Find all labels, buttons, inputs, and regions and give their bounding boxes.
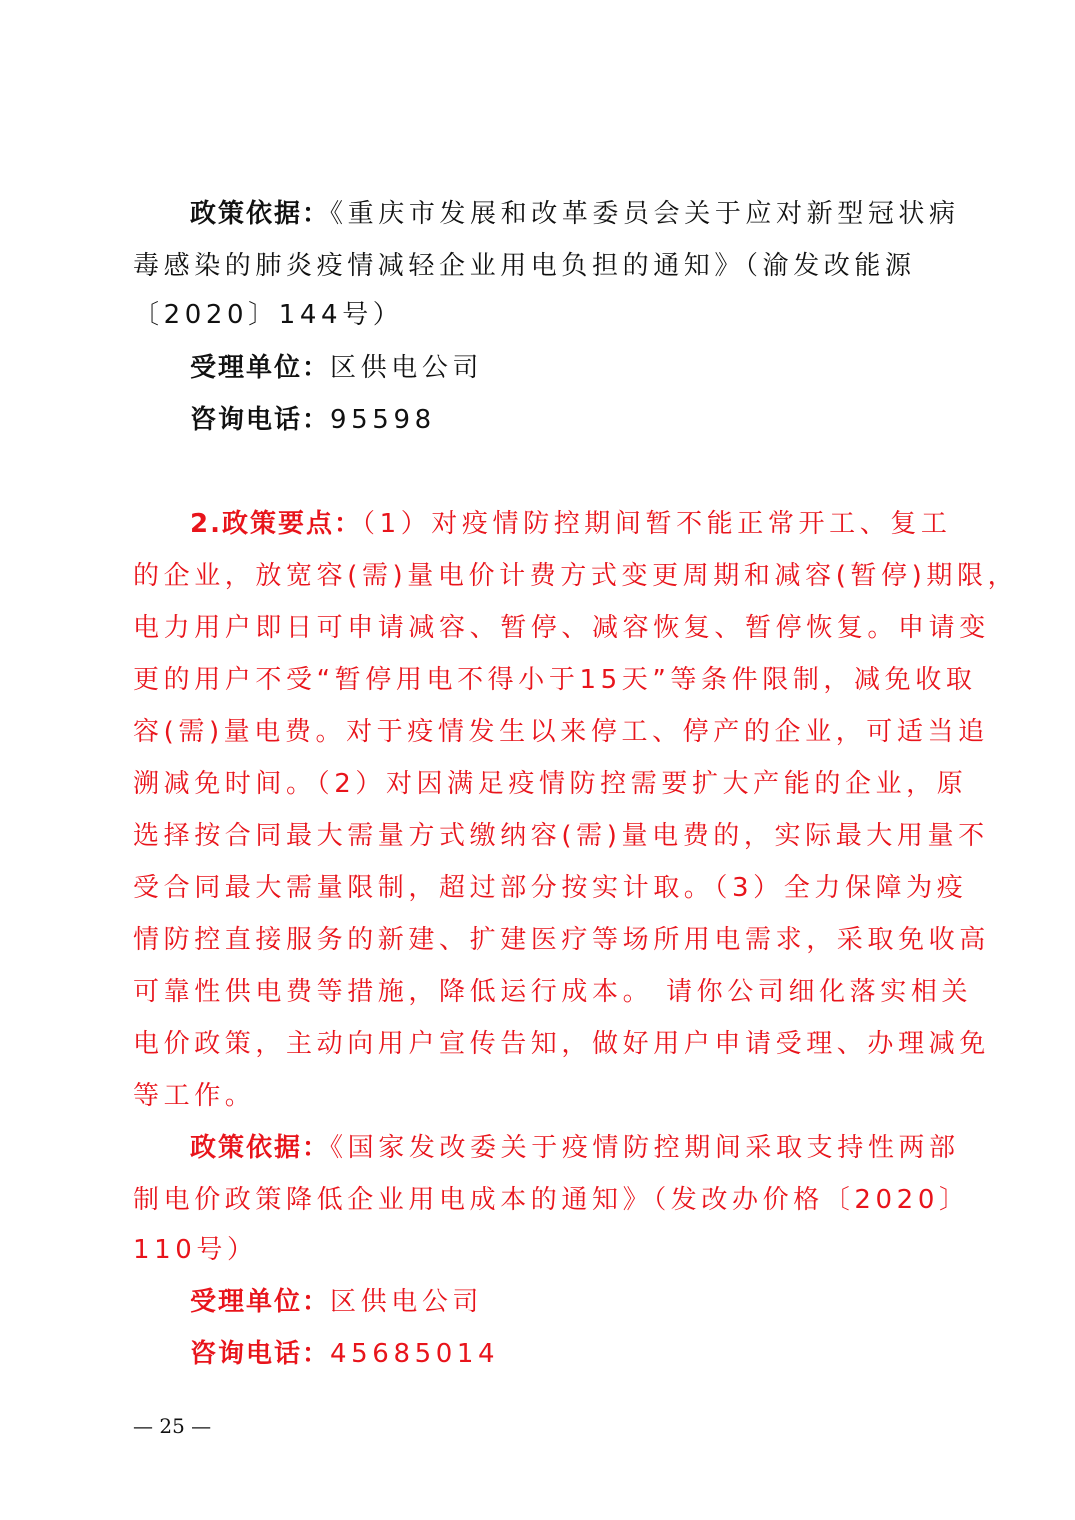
handling-unit-2: 受理单位：区供电公司 xyxy=(190,1284,945,1320)
handling-unit: 受理单位：区供电公司 xyxy=(190,350,945,386)
policy-basis-label: 政策依据： xyxy=(190,199,330,229)
policy-points-heading: 2.政策要点： xyxy=(190,509,362,539)
policy-basis-line-2: 毒感染的肺炎疫情减轻企业用电负担的通知》（渝发改能源 xyxy=(133,248,945,284)
policy-points-line: 情防控直接服务的新建、扩建医疗等场所用电需求，采取免收高 xyxy=(133,922,945,958)
document-page: 政策依据：《重庆市发展和改革委员会关于应对新型冠状病 毒感染的肺炎疫情减轻企业用… xyxy=(0,0,1075,1520)
policy-points-line: 容(需)量电费。对于疫情发生以来停工、停产的企业，可适当追 xyxy=(133,714,945,750)
policy-basis-2-line-2: 制电价政策降低企业用电成本的通知》（发改办价格〔2020〕 xyxy=(133,1182,945,1218)
policy-basis-2-line-1: 政策依据：《国家发改委关于疫情防控期间采取支持性两部 xyxy=(190,1130,945,1166)
page-number: — 25 — xyxy=(133,1414,211,1438)
policy-points-line: 受合同最大需量限制，超过部分按实计取。（3）全力保障为疫 xyxy=(133,870,945,906)
policy-points-line: 溯减免时间。（2）对因满足疫情防控需要扩大产能的企业，原 xyxy=(133,766,945,802)
policy-points-line-1: 2.政策要点：（1）对疫情防控期间暂不能正常开工、复工 xyxy=(190,506,945,542)
policy-points-line: 更的用户不受“暂停用电不得小于15天”等条件限制，减免收取 xyxy=(133,662,945,698)
consult-phone-2: 咨询电话：45685014 xyxy=(190,1336,945,1372)
policy-points-line: 可靠性供电费等措施，降低运行成本。 请你公司细化落实相关 xyxy=(133,974,945,1010)
policy-basis-2-line-3: 110号） xyxy=(133,1232,945,1268)
policy-points-line: 电力用户即日可申请减容、暂停、减容恢复、暂停恢复。申请变 xyxy=(133,610,945,646)
consult-phone: 咨询电话：95598 xyxy=(190,402,945,438)
policy-basis-line-3: 〔2020〕144号） xyxy=(133,297,945,333)
policy-points-line: 电价政策，主动向用户宣传告知，做好用户申请受理、办理减免 xyxy=(133,1026,945,1062)
policy-points-line: 选择按合同最大需量方式缴纳容(需)量电费的，实际最大用量不 xyxy=(133,818,945,854)
policy-points-line: 等工作。 xyxy=(133,1078,945,1114)
policy-points-line: 的企业，放宽容(需)量电价计费方式变更周期和减容(暂停)期限， xyxy=(133,558,945,594)
policy-basis-line-1: 政策依据：《重庆市发展和改革委员会关于应对新型冠状病 xyxy=(190,196,945,232)
